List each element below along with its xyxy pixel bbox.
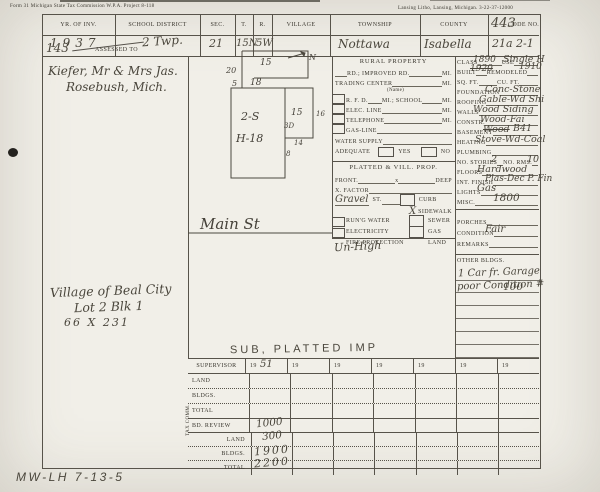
value-cell: [292, 447, 333, 460]
platted-vill-title: PLATTED & VILL. PROP.: [332, 164, 455, 171]
value-school-district: 2 Twp.: [142, 34, 184, 49]
rule-line: [409, 68, 441, 77]
supervisor-label: SUPERVISOR: [188, 359, 245, 373]
street-name: Main St: [199, 215, 261, 233]
sketch-stories-label: 2-S: [240, 110, 260, 123]
elec-line-checkbox[interactable]: [332, 104, 345, 114]
value-cell: [498, 447, 539, 460]
assessed-to-label: ASSESSED TO: [95, 47, 138, 53]
yes-label: YES: [398, 149, 411, 155]
name-note: (Name): [387, 88, 404, 93]
value-cell: [498, 404, 539, 418]
gas-line-label: GAS-LINE: [346, 128, 377, 134]
value-cell: [498, 389, 539, 403]
value-code-no: 21a 2-1: [492, 38, 534, 49]
value-cell: [373, 404, 414, 418]
supervisor-land-row: LAND: [188, 374, 539, 389]
sketch-dim-8: 8: [286, 150, 291, 158]
value-cell: [457, 433, 498, 446]
value-cell: [292, 461, 333, 475]
value-cell: [416, 447, 457, 460]
value-cell: [292, 433, 333, 446]
value-cell: [290, 404, 331, 418]
bd-review-label: BD. REVIEW: [188, 419, 249, 432]
rfd-label: R. F. D.: [346, 98, 368, 104]
header-yr-of-inv: YR. OF INV.: [42, 14, 115, 35]
value-cell: [290, 419, 331, 432]
heating-value: Stove-Wd-Coal: [475, 135, 545, 145]
st-label: ST.: [373, 197, 382, 203]
deep-label: DEEP: [435, 178, 452, 184]
header-t: T.: [235, 14, 253, 35]
street-type-value: Gravel: [335, 195, 369, 206]
value-cell: [373, 374, 414, 388]
mi-label: MI.: [442, 81, 452, 87]
valuation-header-row: SUPERVISOR 1951 19 19 19 19 19 19: [188, 359, 539, 374]
other-bldgs-label: OTHER BLDGS.: [457, 258, 504, 264]
rule-line: [455, 318, 539, 319]
sketch-h18-label: H-18: [235, 132, 263, 145]
rfd-checkbox[interactable]: [332, 94, 345, 104]
improved-rd-label: RD.; IMPROVED RD.: [347, 71, 409, 77]
sqft-label: SQ. FT.: [457, 80, 479, 86]
other-bldgs-line2: poor Condition #: [457, 279, 545, 292]
rule-line: [392, 78, 442, 87]
curb-label: CURB: [419, 197, 437, 203]
adequate-yes-checkbox[interactable]: [378, 147, 394, 157]
litho-credit-line: Lansing Litho, Lansing, Michigan. 3-22-3…: [398, 6, 513, 11]
no-label: NO: [441, 149, 450, 155]
bldgs-row-label: BLDGS.: [188, 389, 249, 403]
value-cell: [456, 419, 497, 432]
value-cell: [290, 389, 331, 403]
value-cell: [456, 374, 497, 388]
building-sketch: 15 N 20 5 18 2-S H-18 15 3D 16 14 8 Main…: [188, 45, 332, 238]
header-rule: [42, 35, 539, 36]
rule-line: [455, 305, 539, 306]
other-bldgs-value: 100: [503, 282, 523, 293]
building-detail-section: CLASS USE 1890 Single H BUILT REMODELED …: [455, 56, 539, 358]
land-label: LAND: [428, 240, 452, 246]
rule-line: [382, 195, 400, 205]
value-cell: [374, 447, 415, 460]
value-cell: [373, 419, 414, 432]
year-cell: 19: [329, 359, 371, 373]
mi-label: MI.: [442, 98, 452, 104]
punch-hole-mark: [8, 148, 18, 157]
bd-review-value: 1000: [256, 417, 284, 430]
value-cell: [498, 461, 539, 475]
value-cell: [249, 374, 290, 388]
value-cell: [415, 419, 456, 432]
sketch-dim-18: 18: [250, 78, 262, 88]
sketch-dim-side: 15: [291, 108, 303, 118]
misc-label: MISC.: [457, 200, 475, 206]
fire-protection-hand-value: Un-High: [334, 240, 382, 253]
rule-line: [455, 344, 539, 345]
value-cell: [333, 447, 374, 460]
land-row-label: LAND: [188, 374, 249, 388]
year-cell: 19: [287, 359, 329, 373]
sketch-dim-3d: 3D: [284, 122, 294, 130]
value-cell: [374, 433, 415, 446]
header-r: R.: [253, 14, 272, 35]
sidewalk-label: SIDEWALK: [418, 209, 452, 215]
value-cell: [332, 419, 373, 432]
rule-line: [455, 292, 539, 293]
tax-bldgs-row: BLDGS. 1900: [188, 447, 539, 461]
rule-line: [358, 175, 395, 184]
tax-total-value: 2200: [254, 455, 291, 469]
header-code-no: CODE NO.: [508, 22, 539, 28]
header-divider: [488, 14, 489, 56]
valuation-table: SUPERVISOR 1951 19 19 19 19 19 19 LAND B…: [188, 358, 539, 468]
section-rule: [455, 254, 539, 255]
value-cell: [456, 389, 497, 403]
value-cell: [415, 404, 456, 418]
rule-line: [422, 95, 442, 104]
form-number-line: Form 31 Michigan State Tax Commission W.…: [10, 4, 154, 9]
rule-line: [377, 125, 452, 134]
sketch-dim-5: 5: [232, 79, 237, 88]
sketch-dim-left: 20: [225, 66, 236, 75]
header-township: TOWNSHIP: [330, 14, 420, 35]
sketch-north-label: N: [308, 53, 317, 62]
value-cell: [290, 374, 331, 388]
legal-description-line2: Lot 2 Blk 1: [74, 300, 144, 315]
rule-line: [335, 68, 347, 77]
supervisor-total-row: TOTAL: [188, 404, 539, 419]
front-label: FRONT.: [335, 178, 358, 184]
value-cell: [415, 374, 456, 388]
elec-line-label: ELEC. LINE: [346, 108, 382, 114]
value-cell: 2200: [251, 461, 292, 475]
scan-artifact: [60, 0, 320, 2]
rule-line: [369, 185, 452, 194]
value-cell: [415, 389, 456, 403]
supervisor-bldgs-row: BLDGS.: [188, 389, 539, 404]
value-county: Isabella: [424, 38, 472, 50]
rural-property-title: RURAL PROPERTY: [332, 58, 455, 65]
sketch-dim-16: 16: [316, 110, 325, 118]
rule-line: [398, 175, 435, 184]
misc-value: 1800: [493, 193, 520, 204]
value-cell: [457, 447, 498, 460]
other-bldgs-line1: 1 Car fr. Garage: [458, 267, 540, 280]
total-row-label: TOTAL: [188, 404, 249, 418]
value-cell: [332, 374, 373, 388]
tax-land-row: LAND 300: [188, 433, 539, 447]
tax-total-row: TOTAL 2200: [188, 461, 539, 475]
plumbing-label: PLUMBING: [457, 150, 492, 156]
trading-center-label: TRADING CENTER: [335, 81, 392, 87]
mi-school-label: MI.; SCHOOL: [382, 98, 422, 104]
value-cell: [498, 374, 539, 388]
year-cell: 1951: [245, 359, 287, 373]
tax-bldgs-label: BLDGS.: [188, 447, 251, 460]
water-supply-label: WATER SUPPLY: [335, 139, 383, 145]
section-rule: [332, 161, 455, 162]
value-cell: [249, 389, 290, 403]
condition-value: Fair: [485, 225, 505, 235]
value-cell: [456, 404, 497, 418]
mi-label: MI.: [442, 108, 452, 114]
basement-value: B41: [513, 124, 532, 134]
owner-address: Rosebush, Mich.: [66, 81, 167, 93]
value-cell: [374, 461, 415, 475]
footer-appraiser-code: MW-LH 7-13-5: [16, 471, 124, 483]
adequate-label: ADEQUATE: [335, 149, 370, 155]
telephone-checkbox[interactable]: [332, 114, 345, 124]
tax-land-value: 300: [262, 430, 283, 443]
porches-label: PORCHES: [457, 220, 487, 226]
inventory-number: 143: [46, 42, 69, 54]
remodeled-value: 1910: [519, 63, 542, 72]
value-cell: [498, 419, 539, 432]
year-hand-51: 51: [260, 360, 273, 370]
curb-checkbox[interactable]: [400, 194, 415, 206]
tax-total-label: TOTAL: [188, 461, 251, 475]
appraisal-card-scan: Form 31 Michigan State Tax Commission W.…: [0, 0, 600, 492]
value-cell: [332, 389, 373, 403]
header-school-district: SCHOOL DISTRICT: [115, 14, 200, 35]
rule-line: [455, 331, 539, 332]
year-cell: 19: [455, 359, 497, 373]
value-cell: [457, 461, 498, 475]
rule-line: [384, 115, 442, 124]
rule-line: [368, 95, 382, 104]
tax-land-label: LAND: [188, 433, 251, 446]
value-cell: [498, 433, 539, 446]
value-cell: [333, 433, 374, 446]
year-cell: 19: [371, 359, 413, 373]
section-rule: [455, 209, 539, 210]
value-cell: [416, 461, 457, 475]
rule-line: [383, 136, 452, 145]
value-cell: [333, 461, 374, 475]
rural-property-section: RURAL PROPERTY RD.; IMPROVED RD. MI. TRA…: [332, 56, 455, 239]
remarks-label: REMARKS: [457, 242, 489, 248]
scan-artifact: [430, 0, 550, 1]
legal-description-line3: 66 X 231: [64, 317, 130, 328]
adequate-no-checkbox[interactable]: [421, 147, 437, 157]
value-cell: [332, 404, 373, 418]
header-village: VILLAGE: [272, 14, 330, 35]
rooms-value: 10: [527, 155, 539, 165]
sketch-dim-14: 14: [294, 139, 303, 147]
tax-comm-vertical-label: TAX COMM.: [186, 400, 191, 440]
gas-line-checkbox[interactable]: [332, 124, 345, 134]
year-cell: 19: [413, 359, 455, 373]
value-township: Nottawa: [338, 38, 390, 50]
value-cell: [373, 389, 414, 403]
rule-line: [382, 105, 442, 114]
value-cell: [416, 433, 457, 446]
header-county: COUNTY: [420, 14, 488, 35]
mi-label: MI.: [442, 71, 452, 77]
telephone-label: TELEPHONE: [346, 118, 384, 124]
rule-line: [489, 239, 538, 248]
mi-label: MI.: [442, 118, 452, 124]
bd-review-row: BD. REVIEW 1000: [188, 419, 539, 433]
owner-name: Kiefer, Mr & Mrs Jas.: [48, 65, 178, 77]
year-cell: 19: [497, 359, 539, 373]
header-sec: SEC.: [200, 14, 235, 35]
built-value: 1920: [470, 65, 493, 74]
sketch-dim-top: 15: [260, 58, 272, 68]
